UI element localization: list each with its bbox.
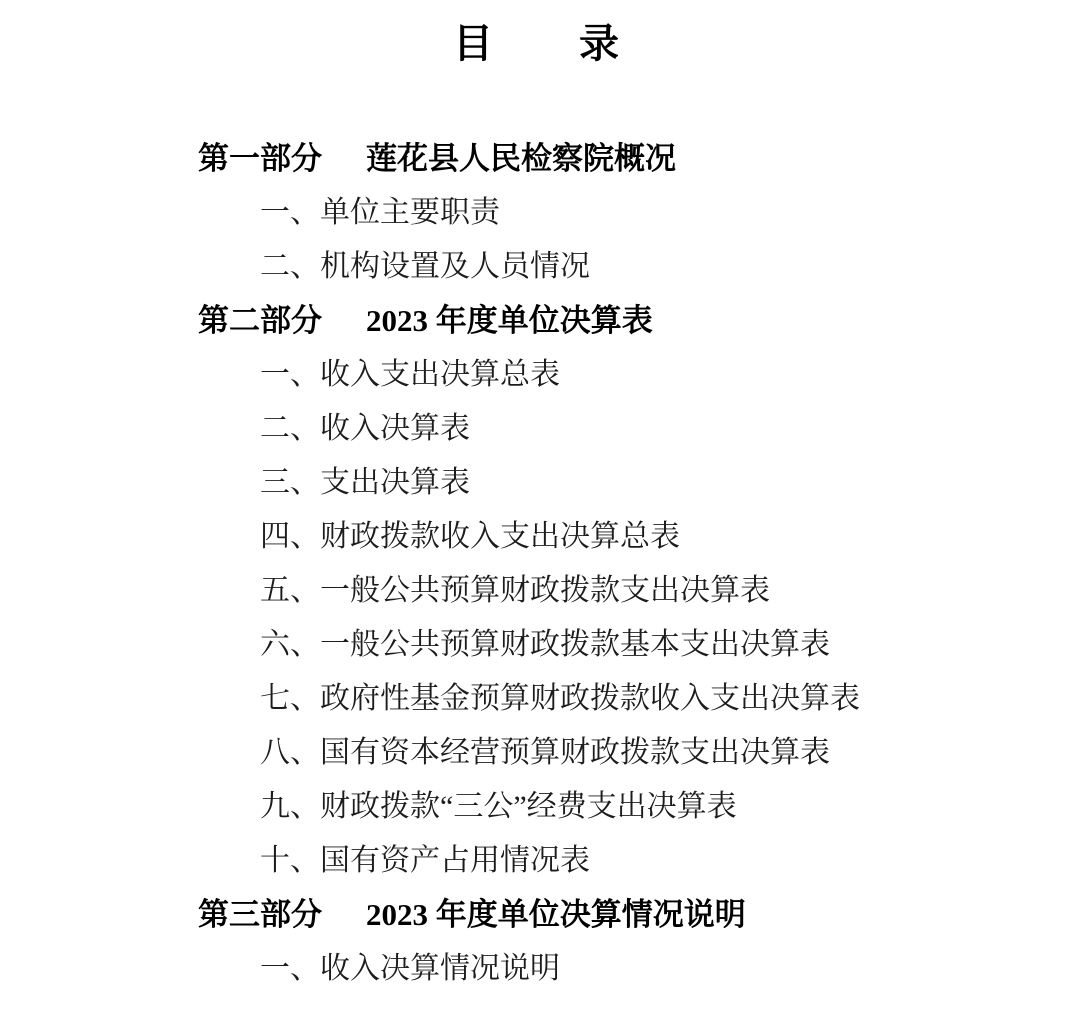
part-1: 第一部分莲花县人民检察院概况 一、单位主要职责 二、机构设置及人员情况 xyxy=(198,132,1014,294)
toc-item: 三、支出决算表 xyxy=(198,456,1014,510)
page-title: 目 录 xyxy=(0,20,1074,68)
part-1-title: 莲花县人民检察院概况 xyxy=(366,141,676,176)
part-2-label: 第二部分 xyxy=(198,303,322,338)
toc-item: 十、国有资产占用情况表 xyxy=(198,834,1014,888)
toc-item: 一、收入决算情况说明 xyxy=(198,942,1014,996)
toc-item: 四、财政拨款收入支出决算总表 xyxy=(198,510,1014,564)
toc-item: 一、收入支出决算总表 xyxy=(198,348,1014,402)
toc-item: 九、财政拨款“三公”经费支出决算表 xyxy=(198,780,1014,834)
toc-item: 二、机构设置及人员情况 xyxy=(198,240,1014,294)
part-1-heading: 第一部分莲花县人民检察院概况 xyxy=(198,132,1014,186)
part-3: 第三部分2023 年度单位决算情况说明 一、收入决算情况说明 xyxy=(198,888,1014,996)
toc-item: 七、政府性基金预算财政拨款收入支出决算表 xyxy=(198,672,1014,726)
toc-item: 六、一般公共预算财政拨款基本支出决算表 xyxy=(198,618,1014,672)
part-3-label: 第三部分 xyxy=(198,897,322,932)
toc-item: 五、一般公共预算财政拨款支出决算表 xyxy=(198,564,1014,618)
part-2: 第二部分2023 年度单位决算表 一、收入支出决算总表 二、收入决算表 三、支出… xyxy=(198,294,1014,888)
toc-page: 目 录 第一部分莲花县人民检察院概况 一、单位主要职责 二、机构设置及人员情况 … xyxy=(0,0,1074,1009)
part-2-title: 2023 年度单位决算表 xyxy=(366,303,653,338)
part-2-heading: 第二部分2023 年度单位决算表 xyxy=(198,294,1014,348)
part-1-label: 第一部分 xyxy=(198,141,322,176)
toc-body: 第一部分莲花县人民检察院概况 一、单位主要职责 二、机构设置及人员情况 第二部分… xyxy=(0,132,1074,996)
part-3-title: 2023 年度单位决算情况说明 xyxy=(366,897,746,932)
toc-item: 一、单位主要职责 xyxy=(198,186,1014,240)
part-3-heading: 第三部分2023 年度单位决算情况说明 xyxy=(198,888,1014,942)
toc-item: 二、收入决算表 xyxy=(198,402,1014,456)
toc-item: 八、国有资本经营预算财政拨款支出决算表 xyxy=(198,726,1014,780)
